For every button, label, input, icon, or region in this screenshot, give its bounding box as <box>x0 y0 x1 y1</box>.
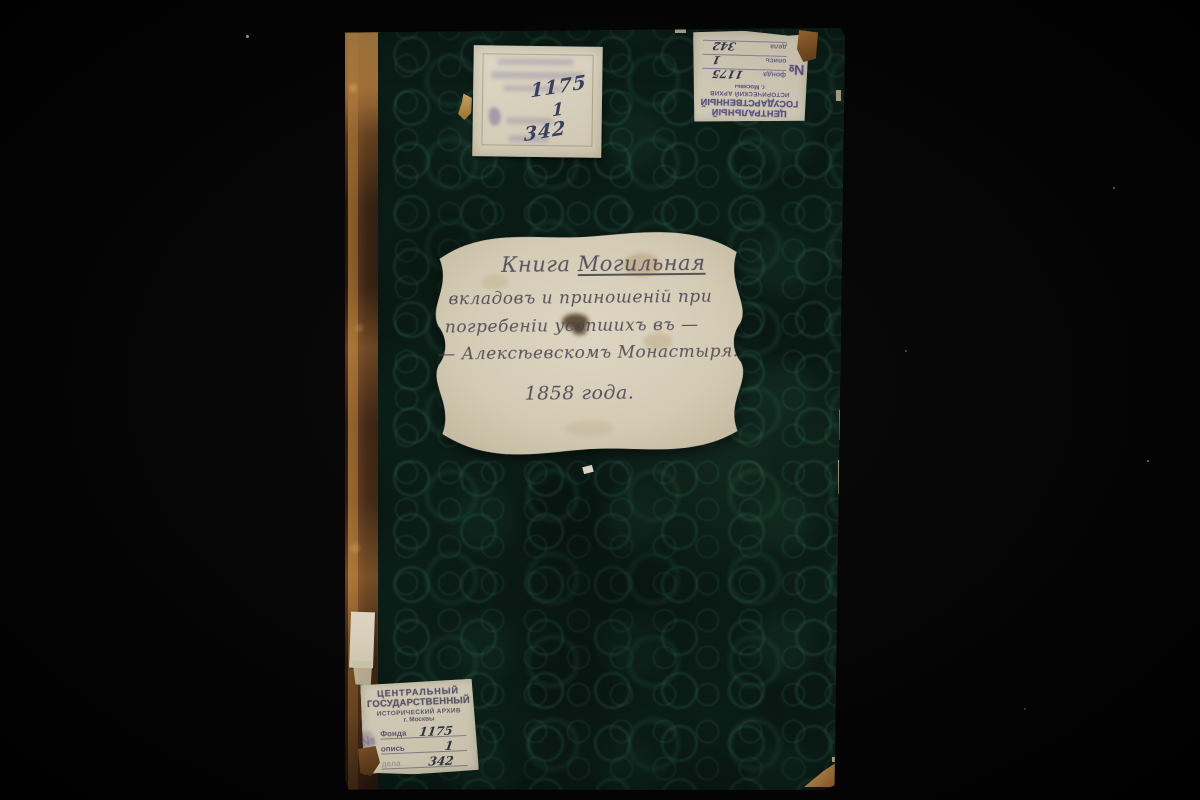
archive-stamp-label-rotated: ЦЕНТРАЛЬНЫЙ ГОСУДАРСТВЕННЫЙ ИСТОРИЧЕСКИЙ… <box>691 29 809 124</box>
stamp-rows: фонда 1175 опись 1 дела 342 <box>702 40 787 81</box>
book-cover: 1175 1 342 ЦЕНТРАЛЬНЫЙ ГОСУДАРСТВЕННЫЙ И… <box>345 28 845 790</box>
stamp-rows: Фонда 1175 опись 1 дела 342 <box>380 724 468 770</box>
faded-stamp-line <box>498 58 574 65</box>
edge-wear-mark <box>675 29 686 33</box>
edge-wear-mark <box>838 460 842 494</box>
stamp-row-fond: фонда 1175 <box>702 68 786 81</box>
stamp-row-opis: опись 1 <box>381 739 467 755</box>
spine-tape-remnant <box>352 659 373 686</box>
dust-speck <box>246 35 249 38</box>
stamp-row-delo: дела 342 <box>381 754 467 770</box>
dust-speck <box>905 350 907 352</box>
title-line-4: — Алексѣевскомъ Монастыря. <box>438 341 739 364</box>
stamp-row-fond: Фонда 1175 <box>380 724 466 740</box>
edge-wear-mark <box>836 90 841 101</box>
dust-speck <box>1147 460 1149 462</box>
title-line-3: погребеніи усопшихъ въ — <box>445 315 699 338</box>
title-line-2: вкладовъ и приношеній при <box>448 287 712 310</box>
spine-tape-strip <box>349 612 375 669</box>
photo-backdrop: 1175 1 342 ЦЕНТРАЛЬНЫЙ ГОСУДАРСТВЕННЫЙ И… <box>0 0 1200 800</box>
dust-speck <box>1113 187 1115 189</box>
archive-label-top: 1175 1 342 <box>472 45 603 158</box>
dust-speck <box>1024 708 1026 710</box>
edge-wear-mark <box>832 757 838 762</box>
stamp-row-opis: опись 1 <box>702 54 786 67</box>
numero-sign: № <box>788 62 804 78</box>
faded-stamp-mark <box>489 107 501 125</box>
title-year-line: 1858 года. <box>524 382 634 405</box>
edge-wear-mark <box>839 410 843 440</box>
edge-wear-mark <box>840 518 844 540</box>
title-line-1: Книга Могильная <box>501 251 706 277</box>
title-label: Книга Могильная вкладовъ и приношеній пр… <box>423 222 753 461</box>
stamp-row-delo: дела 342 <box>703 40 787 53</box>
